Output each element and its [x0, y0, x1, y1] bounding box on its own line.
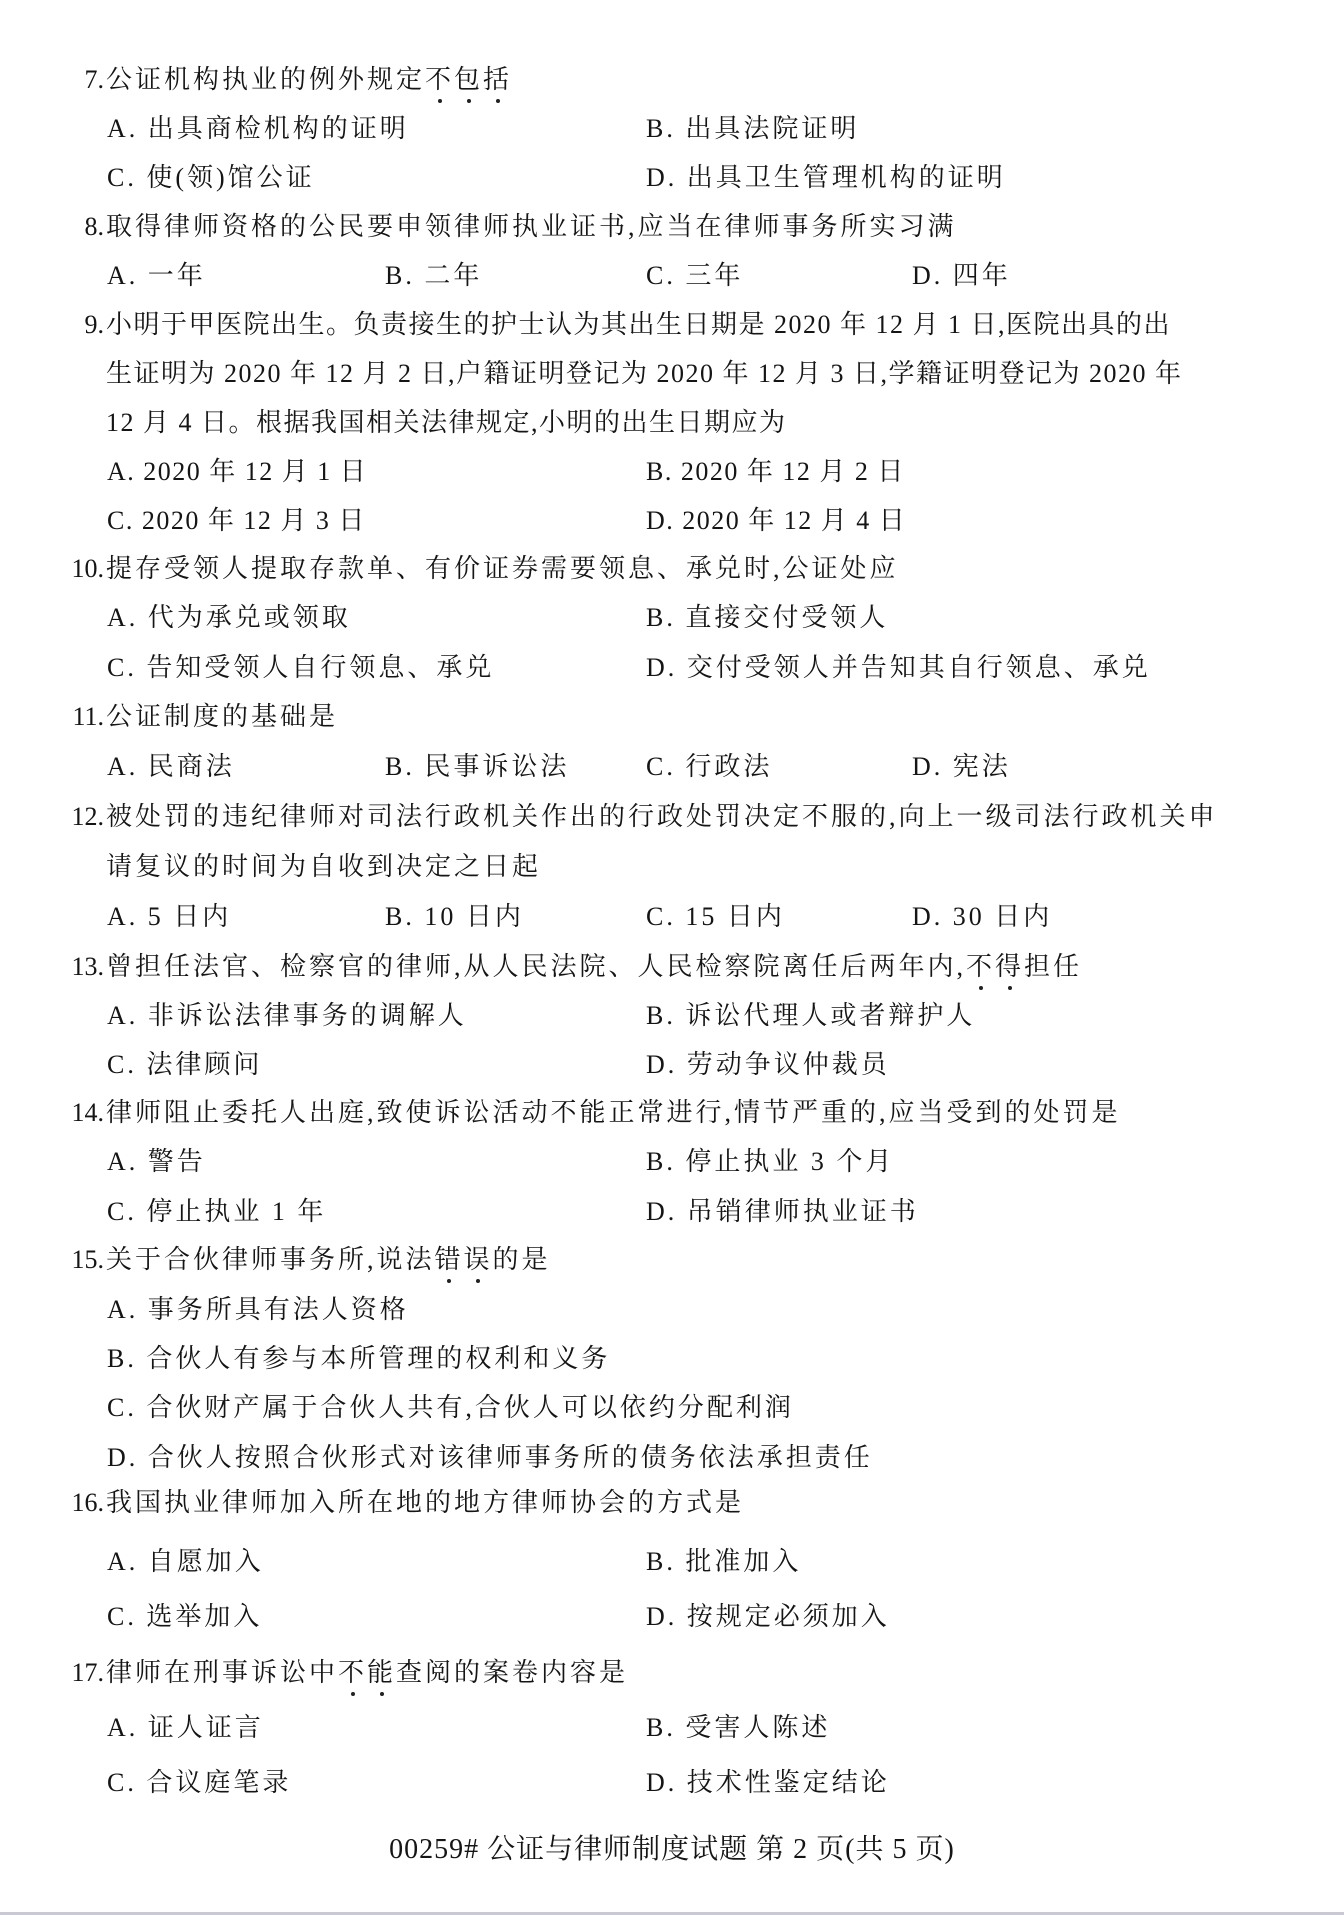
option-c: C. 选举加入: [107, 1600, 262, 1634]
option-d: D. 吊销律师执业证书: [646, 1195, 919, 1229]
option-c: C. 2020 年 12 月 3 日: [107, 504, 366, 538]
emphasized-text: 误: [464, 1243, 493, 1277]
page-footer: 00259# 公证与律师制度试题 第 2 页(共 5 页): [0, 1833, 1344, 1867]
question-stem: 我国执业律师加入所在地的地方律师协会的方式是: [106, 1486, 744, 1520]
option-d: D. 出具卫生管理机构的证明: [646, 161, 1006, 195]
emphasized-text: 得: [995, 950, 1024, 984]
option-d: D. 劳动争议仲裁员: [646, 1048, 890, 1082]
question-number: 8.: [44, 210, 104, 244]
option-a: A. 自愿加入: [107, 1545, 264, 1579]
option-a: A. 一年: [107, 259, 206, 293]
question-number: 12.: [44, 800, 104, 834]
question-number: 11.: [44, 700, 104, 734]
option-a: A. 非诉讼法律事务的调解人: [107, 999, 467, 1033]
option-c: C. 法律顾问: [107, 1048, 262, 1082]
option-c: C. 三年: [646, 259, 743, 293]
question-stem: 取得律师资格的公民要申领律师执业证书,应当在律师事务所实习满: [106, 210, 957, 244]
option-c: C. 15 日内: [646, 900, 785, 934]
question-stem-line-2: 生证明为 2020 年 12 月 2 日,户籍证明登记为 2020 年 12 月…: [106, 357, 1183, 391]
question-stem-line-2: 请复议的时间为自收到决定之日起: [106, 850, 541, 884]
option-c: C. 行政法: [646, 750, 772, 784]
option-b: B. 民事诉讼法: [385, 750, 569, 784]
emphasized-text: 包: [454, 63, 483, 97]
option-c: C. 停止执业 1 年: [107, 1195, 326, 1229]
question-number: 16.: [44, 1486, 104, 1520]
option-d: D. 30 日内: [912, 900, 1052, 934]
question-stem-line-1: 小明于甲医院出生。负责接生的护士认为其出生日期是 2020 年 12 月 1 日…: [106, 308, 1171, 342]
option-c: C. 合伙财产属于合伙人共有,合伙人可以依约分配利润: [107, 1391, 794, 1425]
question-number: 17.: [44, 1656, 104, 1690]
emphasized-text: 不: [338, 1656, 367, 1690]
emphasized-text: 错: [435, 1243, 464, 1277]
question-stem: 关于合伙律师事务所,说法错误的是: [106, 1243, 551, 1277]
option-d: D. 交付受领人并告知其自行领息、承兑: [646, 651, 1151, 685]
option-d: D. 技术性鉴定结论: [646, 1766, 890, 1800]
option-b: B. 2020 年 12 月 2 日: [646, 455, 905, 489]
option-b: B. 合伙人有参与本所管理的权利和义务: [107, 1342, 610, 1376]
option-b: B. 停止执业 3 个月: [646, 1145, 894, 1179]
emphasized-text: 括: [483, 63, 512, 97]
question-number: 15.: [44, 1243, 104, 1277]
option-a: A. 警告: [107, 1145, 206, 1179]
option-d: D. 宪法: [912, 750, 1011, 784]
question-number: 10.: [44, 552, 104, 586]
emphasized-text: 不: [425, 63, 454, 97]
emphasized-text: 能: [367, 1656, 396, 1690]
emphasized-text: 不: [966, 950, 995, 984]
option-a: A. 5 日内: [107, 900, 231, 934]
option-c: C. 使(领)馆公证: [107, 161, 315, 195]
option-b: B. 二年: [385, 259, 482, 293]
question-stem: 公证制度的基础是: [106, 700, 338, 734]
question-stem: 律师阻止委托人出庭,致使诉讼活动不能正常进行,情节严重的,应当受到的处罚是: [106, 1096, 1121, 1130]
question-stem: 曾担任法官、检察官的律师,从人民法院、人民检察院离任后两年内,不得担任: [106, 950, 1082, 984]
option-b: B. 诉讼代理人或者辩护人: [646, 999, 975, 1033]
option-a: A. 2020 年 12 月 1 日: [107, 455, 367, 489]
question-stem: 公证机构执业的例外规定不包括: [106, 63, 512, 97]
option-a: A. 出具商检机构的证明: [107, 112, 409, 146]
option-c: C. 合议庭笔录: [107, 1766, 291, 1800]
option-d: D. 2020 年 12 月 4 日: [646, 504, 906, 538]
option-c: C. 告知受领人自行领息、承兑: [107, 651, 494, 685]
option-d: D. 按规定必须加入: [646, 1600, 890, 1634]
option-b: B. 受害人陈述: [646, 1711, 830, 1745]
question-stem-line-1: 被处罚的违纪律师对司法行政机关作出的行政处罚决定不服的,向上一级司法行政机关申: [106, 800, 1218, 834]
option-a: A. 民商法: [107, 750, 235, 784]
question-stem-line-3: 12 月 4 日。根据我国相关法律规定,小明的出生日期应为: [106, 406, 787, 440]
option-d: D. 四年: [912, 259, 1011, 293]
question-number: 9.: [44, 308, 104, 342]
question-stem: 提存受领人提取存款单、有价证券需要领息、承兑时,公证处应: [106, 552, 899, 586]
option-a: A. 事务所具有法人资格: [107, 1293, 409, 1327]
option-a: A. 证人证言: [107, 1711, 264, 1745]
question-number: 7.: [44, 63, 104, 97]
option-b: B. 10 日内: [385, 900, 524, 934]
question-number: 14.: [44, 1096, 104, 1130]
option-a: A. 代为承兑或领取: [107, 601, 351, 635]
option-b: B. 直接交付受领人: [646, 601, 888, 635]
option-b: B. 出具法院证明: [646, 112, 859, 146]
question-number: 13.: [44, 950, 104, 984]
option-d: D. 合伙人按照合伙形式对该律师事务所的债务依法承担责任: [107, 1441, 873, 1475]
question-stem: 律师在刑事诉讼中不能查阅的案卷内容是: [106, 1656, 628, 1690]
option-b: B. 批准加入: [646, 1545, 801, 1579]
